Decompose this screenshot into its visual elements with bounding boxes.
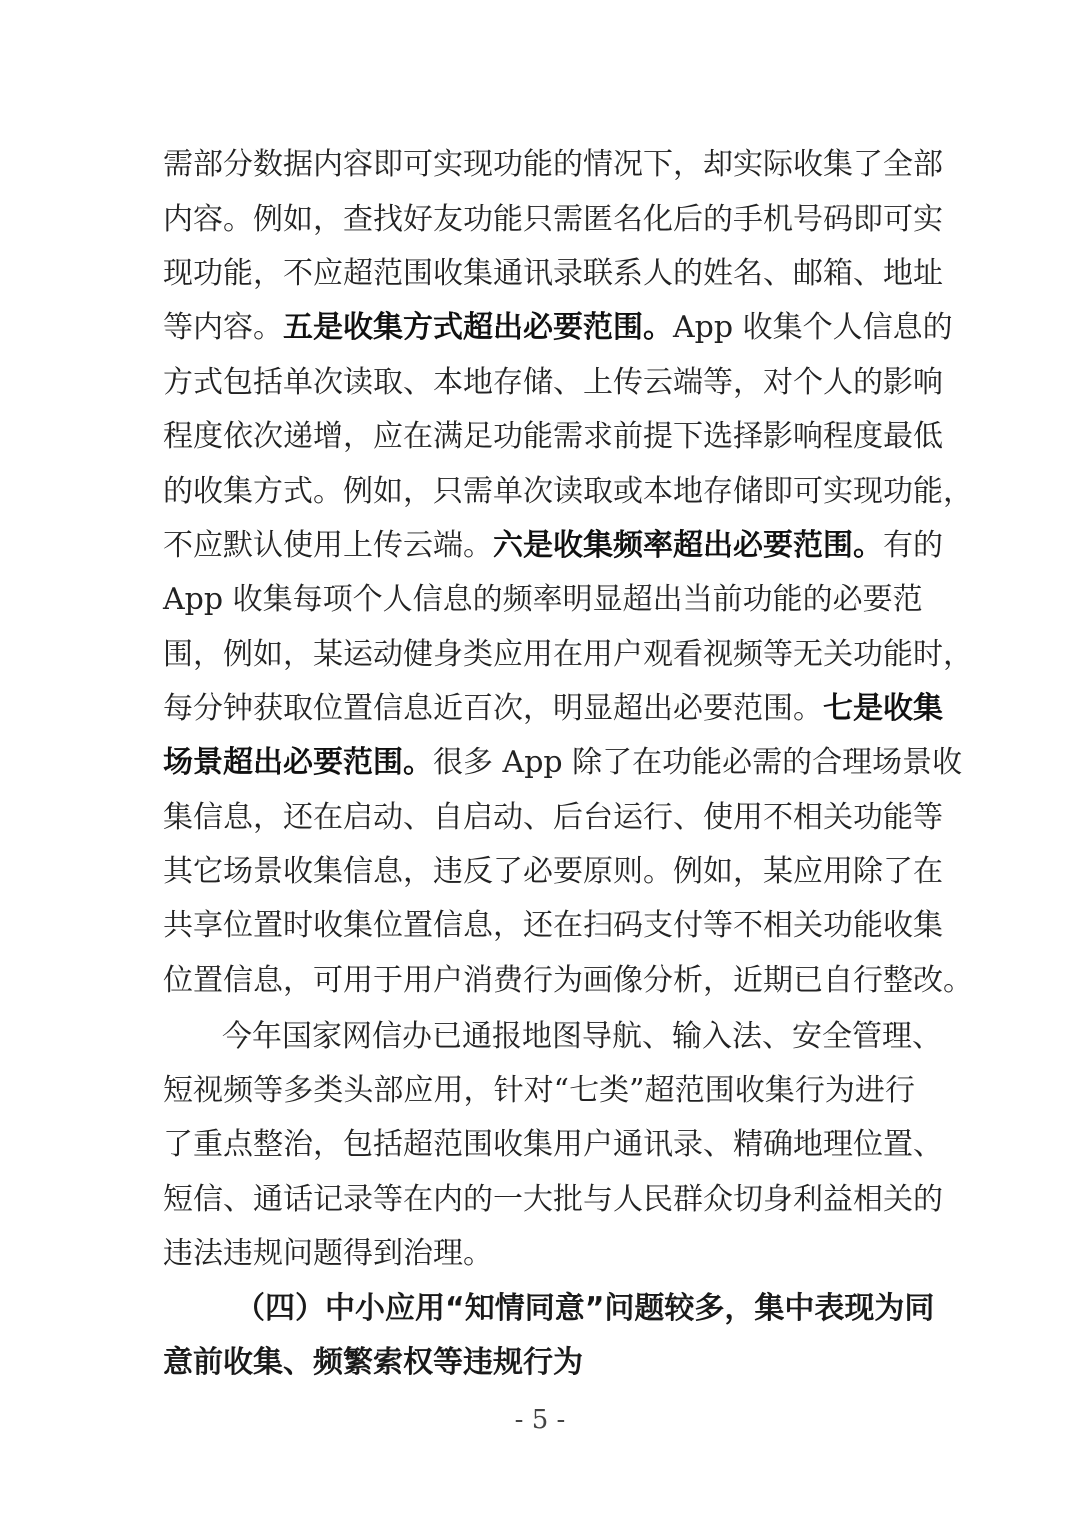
body-line: 共享位置时收集位置信息，还在扫码支付等不相关功能收集 (163, 906, 915, 946)
text-run: 共享位置时收集位置信息，还在扫码支付等不相关功能收集 (163, 908, 943, 943)
text-run: 内容。例如，查找好友功能只需匿名化后的手机号码即可实 (163, 202, 943, 237)
section-heading-line-1: （四）中小应用“知情同意”问题较多，集中表现为同 (235, 1289, 915, 1329)
text-run: 的收集方式。例如，只需单次读取或本地存储即可实现功能， (163, 474, 973, 509)
body-line: 需部分数据内容即可实现功能的情况下，却实际收集了全部 (163, 145, 915, 185)
body-line: 短视频等多类头部应用，针对“七类”超范围收集行为进行 (163, 1071, 915, 1111)
text-run: 等内容。 (163, 310, 283, 345)
body-line: 短信、通话记录等在内的一大批与人民群众切身利益相关的 (163, 1180, 915, 1220)
body-line: 集信息，还在启动、自启动、后台运行、使用不相关功能等 (163, 798, 915, 838)
text-run: 方式包括单次读取、本地存储、上传云端等，对个人的影响 (163, 365, 943, 400)
body-line: App 收集每项个人信息的频率明显超出当前功能的必要范 (163, 580, 915, 620)
bold-key-point: 场景超出必要范围。 (163, 745, 433, 780)
document-page: 需部分数据内容即可实现功能的情况下，却实际收集了全部 内容。例如，查找好友功能只… (0, 0, 1080, 1527)
text-run: 不应默认使用上传云端。 (163, 528, 493, 563)
body-line-indented: 今年国家网信办已通报地图导航、输入法、安全管理、 (222, 1017, 915, 1057)
body-line: 位置信息，可用于用户消费行为画像分析，近期已自行整改。 (163, 961, 915, 1001)
text-run: 有的 (883, 528, 943, 563)
text-run: 今年国家网信办已通报地图导航、输入法、安全管理、 (222, 1019, 942, 1054)
text-run: 程度依次递增，应在满足功能需求前提下选择影响程度最低 (163, 419, 943, 454)
text-run: 位置信息，可用于用户消费行为画像分析，近期已自行整改。 (163, 963, 973, 998)
section-heading-line-2: 意前收集、频繁索权等违规行为 (163, 1343, 915, 1383)
bold-key-point: 五是收集方式超出必要范围。 (283, 310, 673, 345)
text-run: 其它场景收集信息，违反了必要原则。例如，某应用除了在 (163, 854, 943, 889)
body-line: 不应默认使用上传云端。六是收集频率超出必要范围。有的 (163, 526, 915, 566)
body-line: 方式包括单次读取、本地存储、上传云端等，对个人的影响 (163, 363, 915, 403)
body-line: 等内容。五是收集方式超出必要范围。App 收集个人信息的 (163, 308, 915, 348)
page-number: - 5 - (0, 1402, 1080, 1438)
text-run: 违法违规问题得到治理。 (163, 1236, 493, 1271)
bold-key-point: 七是收集 (823, 691, 943, 726)
bold-key-point: 六是收集频率超出必要范围。 (493, 528, 883, 563)
body-line: 场景超出必要范围。很多 App 除了在功能必需的合理场景收 (163, 743, 915, 783)
text-run: App 收集每项个人信息的频率明显超出当前功能的必要范 (163, 582, 923, 617)
text-run: 集信息，还在启动、自启动、后台运行、使用不相关功能等 (163, 800, 943, 835)
text-run: 短信、通话记录等在内的一大批与人民群众切身利益相关的 (163, 1182, 943, 1217)
text-run: 围，例如，某运动健身类应用在用户观看视频等无关功能时， (163, 637, 973, 672)
text-run: App 收集个人信息的 (673, 310, 953, 345)
text-run: 了重点整治，包括超范围收集用户通讯录、精确地理位置、 (163, 1127, 943, 1162)
text-run: 现功能，不应超范围收集通讯录联系人的姓名、邮箱、地址 (163, 256, 943, 291)
body-line: 内容。例如，查找好友功能只需匿名化后的手机号码即可实 (163, 200, 915, 240)
text-run: 很多 App 除了在功能必需的合理场景收 (433, 745, 962, 780)
body-line: 围，例如，某运动健身类应用在用户观看视频等无关功能时， (163, 635, 915, 675)
text-run: 每分钟获取位置信息近百次，明显超出必要范围。 (163, 691, 823, 726)
body-line: 每分钟获取位置信息近百次，明显超出必要范围。七是收集 (163, 689, 915, 729)
body-line: 现功能，不应超范围收集通讯录联系人的姓名、邮箱、地址 (163, 254, 915, 294)
body-line: 了重点整治，包括超范围收集用户通讯录、精确地理位置、 (163, 1125, 915, 1165)
body-line: 违法违规问题得到治理。 (163, 1234, 915, 1274)
body-line: 其它场景收集信息，违反了必要原则。例如，某应用除了在 (163, 852, 915, 892)
body-line: 的收集方式。例如，只需单次读取或本地存储即可实现功能， (163, 472, 915, 512)
text-run: 短视频等多类头部应用，针对“七类”超范围收集行为进行 (163, 1073, 915, 1108)
body-line: 程度依次递增，应在满足功能需求前提下选择影响程度最低 (163, 417, 915, 457)
text-run: 需部分数据内容即可实现功能的情况下，却实际收集了全部 (163, 147, 943, 182)
